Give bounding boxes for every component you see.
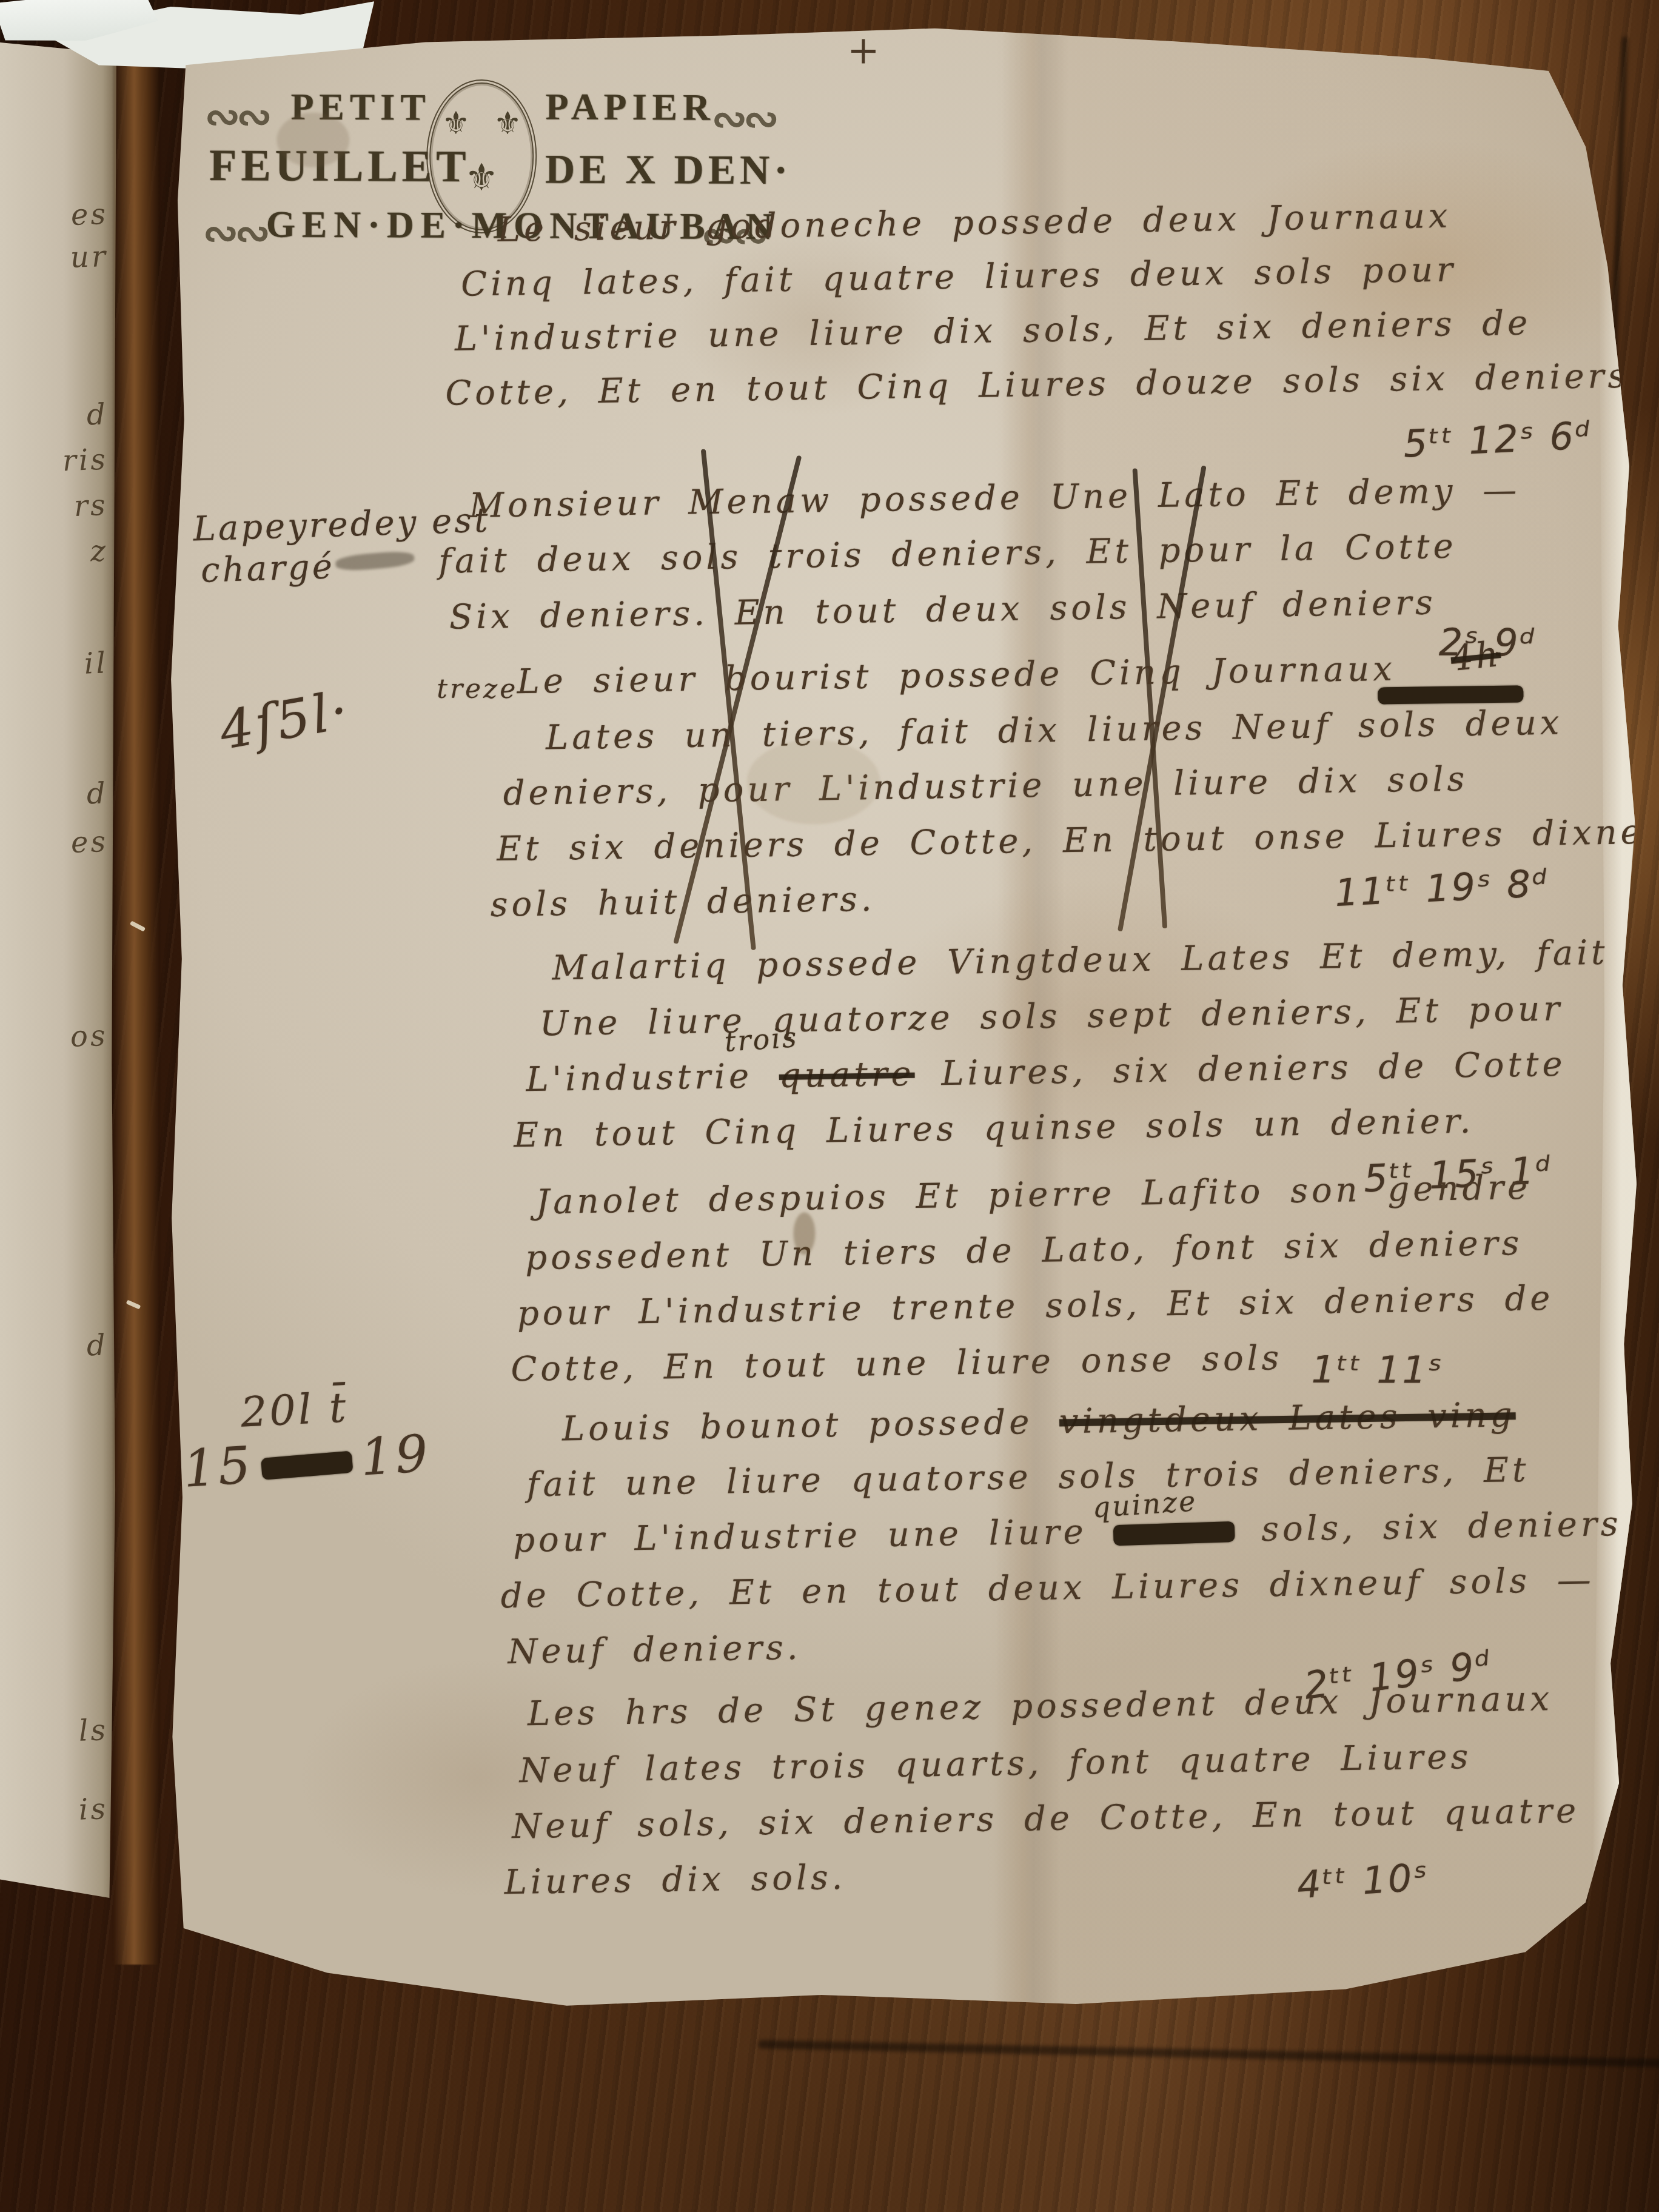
facing-text-fragment: rs — [74, 491, 109, 521]
entry-2-margin-note: chargé — [200, 546, 335, 592]
stamp-flourish: ∾∾ — [204, 92, 269, 141]
facing-text-fragment: d — [86, 400, 108, 429]
stamp-word-papier: PAPIER — [545, 85, 715, 129]
entry-3-line-1: Le sieur bourist possede Cinq Journaux — [517, 652, 1396, 699]
entry-3-line-4: Et six deniers de Cotte, En tout onse Li… — [497, 815, 1659, 866]
entry-2-line-2: fait deux sols trois deniers, Et pour la… — [438, 530, 1457, 579]
facing-text-fragment: z — [90, 537, 109, 566]
facing-text-fragment: ls — [78, 1715, 109, 1746]
entry-4-line-3-pre: L'industrie — [526, 1056, 779, 1099]
entry-1-line-4: Cotte, Et en tout Cinq Liures douze sols… — [445, 360, 1629, 411]
entry-4-struck-word: quatre — [779, 1054, 915, 1096]
facing-page: es ur d ris rs z il d es os d ls is — [0, 42, 116, 1898]
cancellation-stroke — [701, 449, 756, 950]
entry-3-scribbled-out-word — [1378, 685, 1523, 704]
entry-4-line-3: L'industrie quatre Liures, six deniers d… — [526, 1048, 1566, 1097]
facing-text-fragment: il — [84, 648, 108, 678]
entry-1-line-3: L'industrie une liure dix sols, Et six d… — [454, 306, 1531, 356]
entry-6-scribbled-out-word — [1113, 1521, 1235, 1545]
entry-3-line-2: Lates un tiers, fait dix liures Neuf sol… — [546, 706, 1563, 756]
paper-stain — [276, 112, 349, 167]
paper-stain — [746, 739, 880, 825]
entry-3-total: 11ᵗᵗ 19ˢ 8ᵈ — [1334, 864, 1550, 912]
entry-6-margin-scribble — [261, 1451, 353, 1480]
facing-text-fragment: es — [70, 199, 109, 230]
facing-text-fragment: d — [86, 779, 108, 808]
entry-6-margin-figures: 1519 — [181, 1422, 432, 1501]
entry-7-line-1: Les hrs de St genez possedent deux Journ… — [528, 1682, 1553, 1731]
entry-6-inserted-word: quinze — [1091, 1487, 1198, 1521]
entry-6-line-3-post: sols, six deniers — [1235, 1504, 1622, 1549]
entry-4-line-2: Une liure quatorze sols sept deniers, Et… — [540, 992, 1564, 1041]
entry-3-line-5: sols huit deniers. — [490, 883, 875, 922]
entry-4-line-1: Malartiq possede Vingtdeux Lates Et demy… — [552, 936, 1609, 986]
entry-2-line-1: Monsieur Menaw possede Une Lato Et demy … — [469, 474, 1520, 523]
entry-7-line-3: Neuf sols, six deniers de Cotte, En tout… — [512, 1794, 1580, 1844]
entry-3-prefix-word: treze — [437, 672, 518, 706]
entry-3-struck-correction: 4h — [1449, 632, 1503, 680]
manuscript-page: ∾∾ PETIT PAPIER ∾∾ FEUILLET DE X DEN· ⚜ … — [147, 21, 1654, 2023]
entry-6-line-1: Louis bounot possede vingtdeux Lates vin… — [562, 1398, 1516, 1446]
facing-text-fragment: ris — [62, 445, 109, 476]
book-binding-gutter — [113, 36, 160, 1965]
facing-text-fragment: os — [70, 1021, 109, 1051]
fleur-de-lis-icon: ⚜ — [441, 106, 470, 142]
facing-text-fragment: ur — [70, 242, 108, 272]
facing-text-fragment: es — [70, 827, 109, 857]
entry-1-total: 5ᵗᵗ 12ˢ 6ᵈ — [1403, 417, 1594, 463]
entry-6-line-5: Neuf deniers. — [508, 1631, 802, 1669]
facing-text-fragment: is — [78, 1794, 109, 1825]
entry-4-inserted-word: trois — [723, 1023, 799, 1056]
stamp-word-dexden: DE X DEN· — [545, 145, 792, 194]
entry-6-margin-15: 15 — [181, 1435, 255, 1499]
entry-5-total: 1ᵗᵗ 11ˢ — [1311, 1351, 1444, 1389]
entry-3-margin-figure: 4ſ5l· — [215, 678, 355, 765]
fleur-de-lis-icon: ⚜ — [431, 155, 532, 200]
stamp-flourish: ∾∾ — [711, 94, 776, 144]
ink-smudge — [335, 550, 415, 572]
entry-5-line-4: Cotte, En tout une liure onse sols — [511, 1341, 1283, 1387]
facing-text-fragment: d — [86, 1330, 108, 1360]
entry-6-line-4: de Cotte, Et en tout deux Liures dixneuf… — [500, 1563, 1595, 1614]
entry-6-line-1-pre: Louis bounot possede — [562, 1402, 1060, 1449]
entry-6-struck-text: vingtdeux Lates ving — [1059, 1395, 1517, 1441]
entry-3-line-3: deniers, pour L'industrie une liure dix … — [503, 763, 1468, 811]
entry-2-line-3: Six deniers. En tout deux sols Neuf deni… — [449, 586, 1436, 635]
entry-4-line-4: En tout Cinq Liures quinse sols un denie… — [514, 1105, 1475, 1153]
fleur-de-lis-icon: ⚜ — [494, 106, 522, 142]
entry-5-line-2: possedent Un tiers de Lato, font six den… — [525, 1227, 1523, 1275]
entry-6-margin-19: 19 — [358, 1424, 432, 1487]
entry-6-line-3: pour L'industrie une liure sols, six den… — [513, 1507, 1622, 1558]
entry-5-line-1: Janolet despuios Et pierre Lafito son ge… — [535, 1171, 1531, 1219]
ink-stain — [793, 1212, 815, 1255]
stamp-flourish: ∾∾ — [203, 208, 267, 258]
page-top-cross-mark: + — [847, 32, 880, 70]
entry-7-line-4: Liures dix sols. — [504, 1861, 846, 1900]
entry-7-line-2: Neuf lates trois quarts, font quatre Liu… — [519, 1740, 1472, 1788]
entry-7-total: 4ᵗᵗ 10ˢ — [1296, 1858, 1430, 1904]
entry-5-line-3: pour L'industrie trente sols, Et six den… — [517, 1282, 1553, 1331]
entry-6-line-2: fait une liure quatorse sols trois denie… — [526, 1453, 1530, 1503]
cancellation-stroke — [673, 455, 802, 944]
